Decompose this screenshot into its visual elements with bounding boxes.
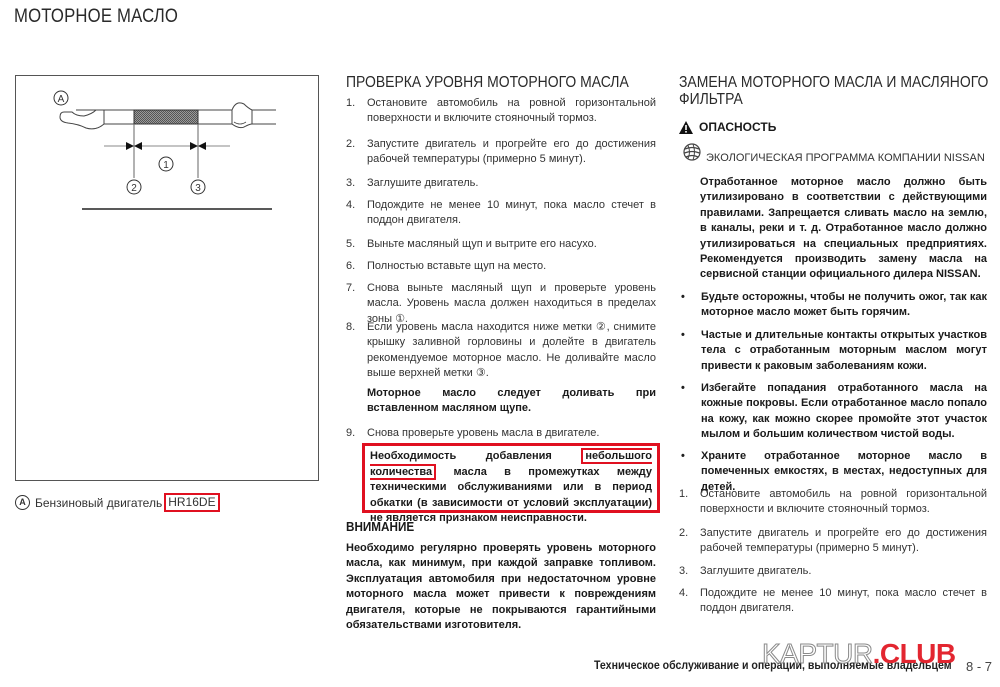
check-note-step8: Моторное масло следует доливать при вста… (367, 386, 656, 417)
highlighted-note: Необходимость добавления небольшого коли… (362, 443, 660, 513)
engine-code-highlight: HR16DE (164, 493, 219, 512)
danger-bullet: • Избегайте попадания отработанного масл… (681, 381, 987, 443)
replace-step: 3. Заглушите двигатель. (679, 564, 987, 579)
eco-text: Отработанное моторное масло должно быть … (700, 175, 987, 283)
check-step: 8. Если уровень масла находится ниже мет… (346, 320, 656, 382)
warning-triangle-icon (679, 121, 693, 134)
caption-marker: A (15, 495, 30, 510)
replace-step: 1. Остановите автомобиль на ровной гориз… (679, 487, 987, 518)
dipstick-diagram: A 1 2 3 (16, 76, 320, 482)
check-step: 4. Подождите не менее 10 минут, пока мас… (346, 198, 656, 229)
svg-text:1: 1 (163, 160, 169, 171)
attention-title: ВНИМАНИЕ (346, 518, 414, 536)
watermark: KAPTUR.CLUB (762, 638, 956, 670)
svg-text:A: A (58, 94, 65, 105)
dipstick-figure: A 1 2 3 (15, 75, 319, 481)
svg-text:2: 2 (131, 183, 137, 194)
page-title: МОТОРНОЕ МАСЛО (14, 6, 178, 28)
svg-text:3: 3 (195, 183, 201, 194)
replace-section-title: ЗАМЕНА МОТОРНОГО МАСЛА И МАСЛЯНОГО ФИЛЬТ… (679, 74, 988, 108)
danger-heading: ОПАСНОСТЬ (679, 120, 776, 134)
caption-text: Бензиновый двигатель (35, 496, 162, 510)
replace-step: 4. Подождите не менее 10 минут, пока мас… (679, 586, 987, 617)
attention-text: Необходимо регулярно проверять уровень м… (346, 541, 656, 633)
replace-step: 2. Запустите двигатель и прогрейте его д… (679, 526, 987, 557)
check-step: 1. Остановите автомобиль на ровной гориз… (346, 96, 656, 127)
check-step: 5. Выньте масляный щуп и вытрите его нас… (346, 237, 656, 252)
danger-bullet: • Будьте осторожны, чтобы не получить ож… (681, 290, 987, 321)
eco-heading: ЭКОЛОГИЧЕСКАЯ ПРОГРАММА КОМПАНИИ NISSAN (683, 143, 985, 164)
check-step: 9. Снова проверьте уровень масла в двига… (346, 426, 656, 441)
danger-bullet: • Частые и длительные контакты открытых … (681, 328, 987, 374)
globe-icon (683, 143, 701, 161)
page-number: 8 - 7 (966, 659, 992, 674)
figure-caption: A Бензиновый двигатель HR16DE (15, 493, 220, 512)
check-step: 6. Полностью вставьте щуп на место. (346, 259, 656, 274)
check-step: 2. Запустите двигатель и прогрейте его д… (346, 137, 656, 168)
check-step: 3. Заглушите двигатель. (346, 176, 656, 191)
check-section-title: ПРОВЕРКА УРОВНЯ МОТОРНОГО МАСЛА (346, 74, 629, 92)
